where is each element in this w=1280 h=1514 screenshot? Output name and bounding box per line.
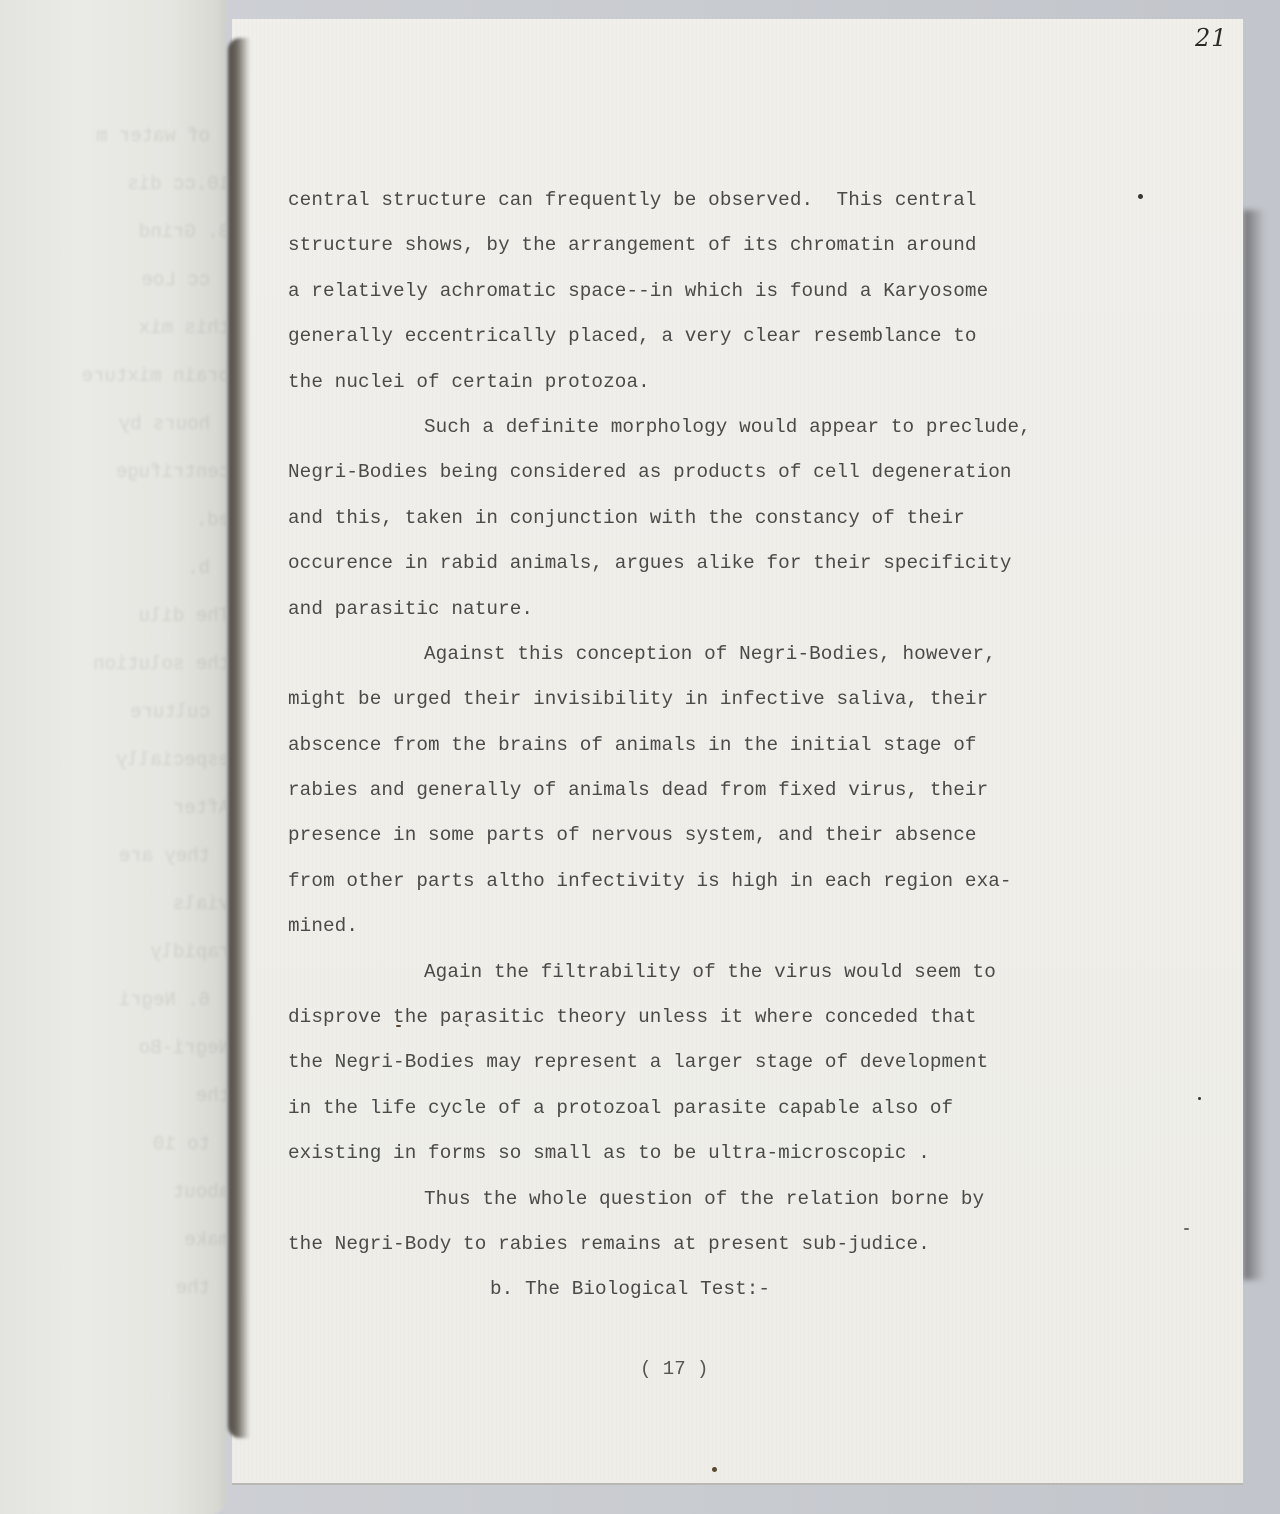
ghost-text-line: the bbox=[176, 1277, 210, 1299]
binding-gutter-shadow bbox=[228, 38, 250, 1438]
ghost-text-line: rapidly bbox=[150, 941, 226, 963]
ghost-text-line: The dilu bbox=[139, 605, 226, 627]
facing-page-curl: of water m10.cc dis3. Grindcc Loethis mi… bbox=[0, 0, 226, 1514]
ghost-text-line: Negri-Bo bbox=[139, 1037, 226, 1059]
text-line: presence in some parts of nervous system… bbox=[288, 813, 1148, 858]
ghost-text-line: they are bbox=[119, 845, 210, 867]
text-line: Against this conception of Negri-Bodies,… bbox=[288, 632, 1148, 677]
section-heading: b. The Biological Test:- bbox=[288, 1267, 1148, 1312]
text-line: rabies and generally of animals dead fro… bbox=[288, 768, 1148, 813]
ghost-text-line: b. bbox=[187, 557, 210, 579]
ghost-text-line: centrifuge bbox=[116, 461, 226, 483]
ghost-text-line: 10.cc dis bbox=[127, 173, 226, 195]
text-line: structure shows, by the arrangement of i… bbox=[288, 223, 1148, 268]
text-line: from other parts altho infectivity is hi… bbox=[288, 859, 1148, 904]
text-line: mined. bbox=[288, 904, 1148, 949]
text-line: generally eccentrically placed, a very c… bbox=[288, 314, 1148, 359]
ink-speck bbox=[712, 1467, 717, 1472]
ink-speck bbox=[1138, 194, 1143, 199]
text-line: and parasitic nature. bbox=[288, 587, 1148, 632]
text-line: might be urged their invisibility in inf… bbox=[288, 677, 1148, 722]
text-line: the Negri-Bodies may represent a larger … bbox=[288, 1040, 1148, 1085]
text-line: abscence from the brains of animals in t… bbox=[288, 723, 1148, 768]
ghost-text-line: the bbox=[196, 1085, 226, 1107]
text-line: disprove the parasitic theory unless it … bbox=[288, 995, 1148, 1040]
page-bottom-edge bbox=[232, 1483, 1243, 1485]
handwritten-folio-number: 21 bbox=[1195, 24, 1228, 52]
text-line: Negri-Bodies being considered as product… bbox=[288, 450, 1148, 495]
ghost-text-line: the solution bbox=[93, 653, 226, 675]
ink-speck bbox=[396, 1025, 401, 1027]
text-line: in the life cycle of a protozoal parasit… bbox=[288, 1086, 1148, 1131]
page-shadow bbox=[1243, 210, 1265, 1280]
ghost-text-line: cc Loe bbox=[142, 269, 210, 291]
text-line: and this, taken in conjunction with the … bbox=[288, 496, 1148, 541]
text-line: occurence in rabid animals, argues alike… bbox=[288, 541, 1148, 586]
ghost-text-line: 6. Negri bbox=[119, 989, 210, 1011]
ghost-text-line: hours by bbox=[119, 413, 210, 435]
ghost-text-line: ed. bbox=[196, 509, 226, 531]
typed-page-number: ( 17 ) bbox=[640, 1358, 708, 1380]
ghost-text-line: to 10 bbox=[153, 1133, 210, 1155]
text-line: Such a definite morphology would appear … bbox=[288, 405, 1148, 450]
text-line: Thus the whole question of the relation … bbox=[288, 1177, 1148, 1222]
ghost-text-line: After bbox=[173, 797, 226, 819]
ghost-text-line: 3. Grind bbox=[139, 221, 226, 243]
ghost-text-line: this mix bbox=[139, 317, 226, 339]
ghost-text-line: of water m bbox=[96, 125, 210, 147]
ghost-text-line: especially bbox=[116, 749, 226, 771]
ink-speck bbox=[1198, 1097, 1201, 1100]
ghost-text-line: culture bbox=[130, 701, 210, 723]
text-line: the Negri-Body to rabies remains at pres… bbox=[288, 1222, 1148, 1267]
typewritten-body: central structure can frequently be obse… bbox=[288, 178, 1148, 1313]
text-line: existing in forms so small as to be ultr… bbox=[288, 1131, 1148, 1176]
text-line: central structure can frequently be obse… bbox=[288, 178, 1148, 223]
ghost-text-line: brain mixture bbox=[82, 365, 226, 387]
text-line: the nuclei of certain protozoa. bbox=[288, 360, 1148, 405]
ghost-text-line: about bbox=[173, 1181, 226, 1203]
ink-speck bbox=[1184, 1228, 1189, 1230]
ghost-text-line: make bbox=[184, 1229, 226, 1251]
text-line: a relatively achromatic space--in which … bbox=[288, 269, 1148, 314]
text-line: Again the filtrability of the virus woul… bbox=[288, 950, 1148, 995]
ghost-text-line: vials bbox=[173, 893, 226, 915]
